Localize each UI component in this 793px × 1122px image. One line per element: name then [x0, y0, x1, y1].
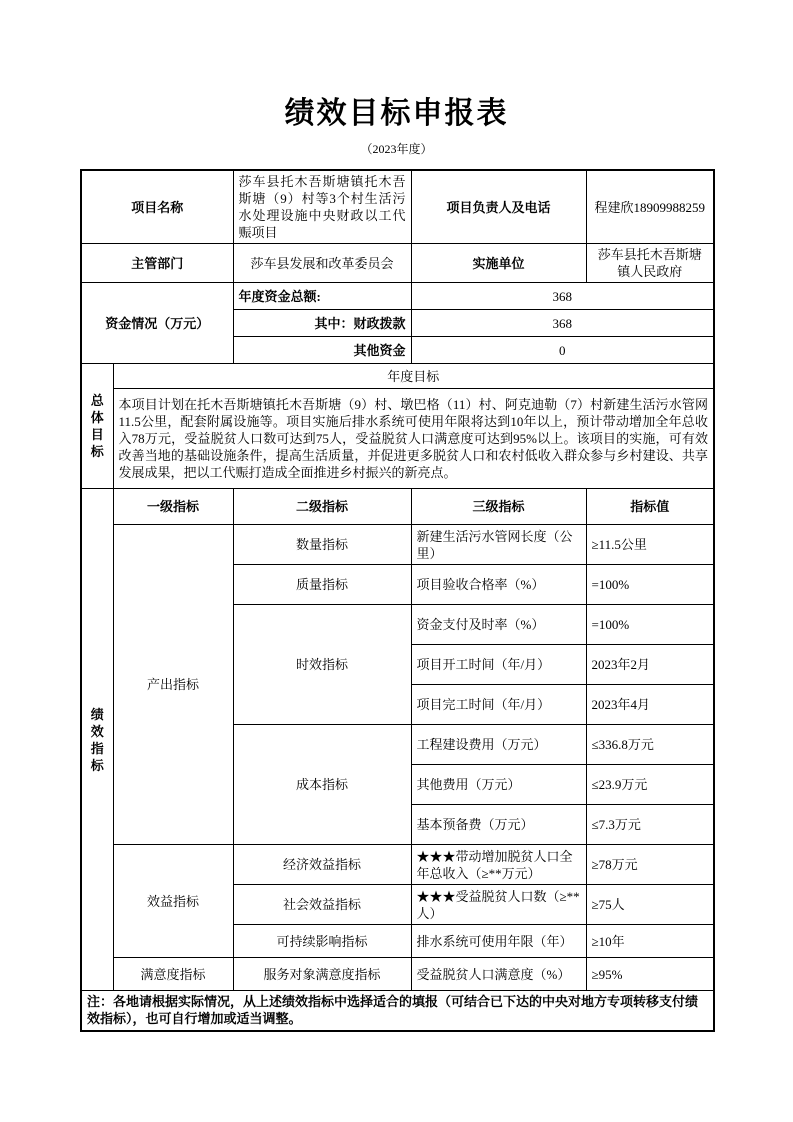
level2-service-satisfaction: 服务对象满意度指标	[233, 958, 411, 991]
level3-indicator: 工程建设费用（万元）	[411, 725, 586, 765]
dept-label: 主管部门	[81, 244, 233, 283]
level3-indicator: 受益脱贫人口满意度（%）	[411, 958, 586, 991]
level1-output: 产出指标	[113, 525, 233, 845]
level2-social: 社会效益指标	[233, 885, 411, 925]
project-name-label: 项目名称	[81, 170, 233, 244]
level2-quality: 质量指标	[233, 565, 411, 605]
project-manager-label: 项目负责人及电话	[411, 170, 586, 244]
level2-sustainability: 可持续影响指标	[233, 925, 411, 958]
dept-value: 莎车县发展和改革委员会	[233, 244, 411, 283]
page-title: 绩效目标申报表	[0, 96, 793, 132]
indicator-value: ≤23.9万元	[586, 765, 714, 805]
table-row: 产出指标 数量指标 新建生活污水管网长度（公里） ≥11.5公里	[81, 525, 714, 565]
funding-other-label: 其他资金	[233, 337, 411, 364]
overall-goal-side-label: 总体目标	[81, 364, 113, 489]
indicator-value: =100%	[586, 565, 714, 605]
level3-indicator: 资金支付及时率（%）	[411, 605, 586, 645]
indicator-value: 2023年4月	[586, 685, 714, 725]
level3-indicator: ★★★受益脱贫人口数（≥**人）	[411, 885, 586, 925]
footnote: 注：各地请根据实际情况，从上述绩效指标中选择适合的填报（可结合已下达的中央对地方…	[81, 991, 714, 1031]
level3-indicator: 其他费用（万元）	[411, 765, 586, 805]
indicator-value: ≥10年	[586, 925, 714, 958]
level3-indicator: 项目开工时间（年/月）	[411, 645, 586, 685]
funding-section-label: 资金情况（万元）	[81, 283, 233, 364]
indicator-value: ≥95%	[586, 958, 714, 991]
annual-goal-text: 本项目计划在托木吾斯塘镇托木吾斯塘（9）村、墩巴格（11）村、阿克迪勒（7）村新…	[113, 389, 714, 489]
level2-cost: 成本指标	[233, 725, 411, 845]
table-row: 绩效指标 一级指标 二级指标 三级指标 指标值	[81, 489, 714, 525]
indicator-value: ≥75人	[586, 885, 714, 925]
funding-other-value: 0	[411, 337, 714, 364]
indicator-value: ≥11.5公里	[586, 525, 714, 565]
level1-satisfaction: 满意度指标	[113, 958, 233, 991]
funding-fiscal-value: 368	[411, 310, 714, 337]
level3-indicator: 新建生活污水管网长度（公里）	[411, 525, 586, 565]
table-row: 主管部门 莎车县发展和改革委员会 实施单位 莎车县托木吾斯塘镇人民政府	[81, 244, 714, 283]
impl-unit-value: 莎车县托木吾斯塘镇人民政府	[586, 244, 714, 283]
table-row: 资金情况（万元） 年度资金总额: 368	[81, 283, 714, 310]
performance-indicator-side-label: 绩效指标	[81, 489, 113, 991]
indicator-value: =100%	[586, 605, 714, 645]
header-level3: 三级指标	[411, 489, 586, 525]
level2-timeliness: 时效指标	[233, 605, 411, 725]
indicator-value: ≤336.8万元	[586, 725, 714, 765]
level3-indicator: 排水系统可使用年限（年）	[411, 925, 586, 958]
header-value: 指标值	[586, 489, 714, 525]
project-manager-value: 程建欣18909988259	[586, 170, 714, 244]
page-subtitle: （2023年度）	[0, 140, 793, 157]
funding-fiscal-label: 其中：财政拨款	[233, 310, 411, 337]
table-row: 满意度指标 服务对象满意度指标 受益脱贫人口满意度（%） ≥95%	[81, 958, 714, 991]
header-level1: 一级指标	[113, 489, 233, 525]
table-row: 项目名称 莎车县托木吾斯塘镇托木吾斯塘（9）村等3个村生活污水处理设施中央财政以…	[81, 170, 714, 244]
indicator-value: ≤7.3万元	[586, 805, 714, 845]
table-row: 总体目标 年度目标	[81, 364, 714, 389]
level2-economic: 经济效益指标	[233, 845, 411, 885]
level3-indicator: 项目验收合格率（%）	[411, 565, 586, 605]
impl-unit-label: 实施单位	[411, 244, 586, 283]
level1-benefit: 效益指标	[113, 845, 233, 958]
header-level2: 二级指标	[233, 489, 411, 525]
performance-target-table: 项目名称 莎车县托木吾斯塘镇托木吾斯塘（9）村等3个村生活污水处理设施中央财政以…	[80, 169, 715, 1032]
indicator-value: ≥78万元	[586, 845, 714, 885]
table-row: 本项目计划在托木吾斯塘镇托木吾斯塘（9）村、墩巴格（11）村、阿克迪勒（7）村新…	[81, 389, 714, 489]
level2-quantity: 数量指标	[233, 525, 411, 565]
funding-total-value: 368	[411, 283, 714, 310]
indicator-value: 2023年2月	[586, 645, 714, 685]
project-name-value: 莎车县托木吾斯塘镇托木吾斯塘（9）村等3个村生活污水处理设施中央财政以工代赈项目	[233, 170, 411, 244]
level3-indicator: ★★★带动增加脱贫人口全年总收入（≥**万元）	[411, 845, 586, 885]
document-page: 绩效目标申报表 （2023年度） 项目名称 莎车县托木吾斯塘镇托木吾斯塘（9）村…	[0, 0, 793, 1122]
table-row: 注：各地请根据实际情况，从上述绩效指标中选择适合的填报（可结合已下达的中央对地方…	[81, 991, 714, 1031]
annual-goal-header: 年度目标	[113, 364, 714, 389]
funding-total-label: 年度资金总额:	[233, 283, 411, 310]
level3-indicator: 基本预备费（万元）	[411, 805, 586, 845]
table-row: 效益指标 经济效益指标 ★★★带动增加脱贫人口全年总收入（≥**万元） ≥78万…	[81, 845, 714, 885]
level3-indicator: 项目完工时间（年/月）	[411, 685, 586, 725]
